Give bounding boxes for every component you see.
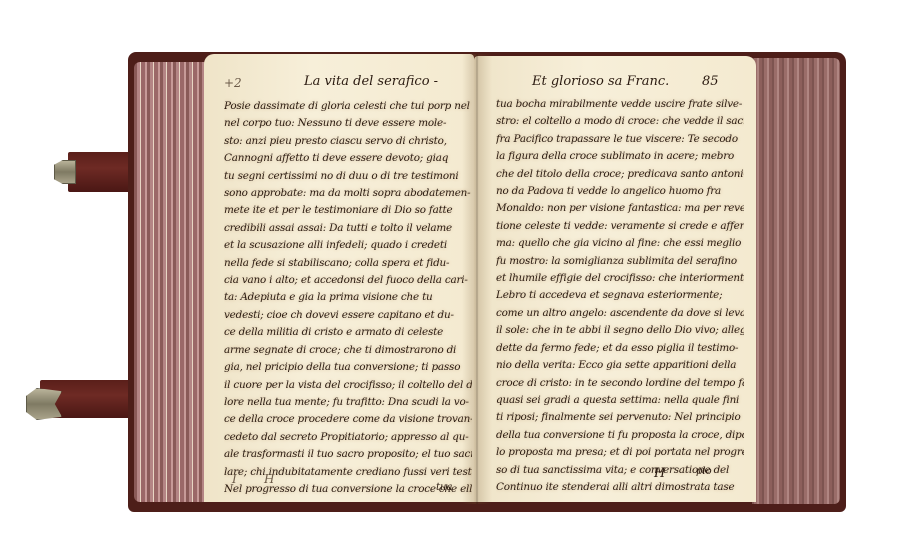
- text-line: et la scusazione alli infedeli; quado i …: [224, 237, 472, 254]
- left-bottom-mark: I: [232, 472, 237, 486]
- right-bottom-mark: H: [654, 466, 665, 481]
- text-line: quasi sei gradi a questa settima: nella …: [496, 392, 744, 409]
- text-line: ce della croce procedere come da visione…: [224, 411, 472, 428]
- text-line: sto: anzi pieu presto ciascu servo di ch…: [224, 133, 472, 150]
- text-line: lore nella tua mente; fu trafitto: Dna s…: [224, 394, 472, 411]
- left-bottom-mark: H: [264, 472, 274, 486]
- text-line: il sole: che in te abbi il segno dello D…: [496, 322, 744, 339]
- left-corner-mark: +2: [224, 76, 242, 90]
- text-line: ale trasformasti il tuo sacro proposito;…: [224, 446, 472, 463]
- text-line: cedeto dal secreto Propitiatorio; appres…: [224, 429, 472, 446]
- text-line: come un altro angelo: ascendente da dove…: [496, 305, 744, 322]
- text-line: nio della verita: Ecco gia sette apparit…: [496, 357, 744, 374]
- text-line: mete ite et per le testimoniare di Dio s…: [224, 202, 472, 219]
- catchword: tua: [436, 482, 452, 493]
- text-line: la figura della croce sublimato in acere…: [496, 148, 744, 165]
- text-line: credibili assai assai: Da tutti e tolto …: [224, 220, 472, 237]
- left-running-head: La vita del serafico -: [304, 74, 438, 89]
- right-running-head: Et glorioso sa Franc.: [532, 74, 669, 89]
- text-line: Continuo ite stenderai alli altri dimost…: [496, 479, 744, 496]
- right-catchword: plo: [696, 466, 712, 477]
- text-line: dette da fermo fede; et da esso piglia i…: [496, 340, 744, 357]
- text-line: Nel progresso di tua conversione la croc…: [224, 481, 472, 498]
- folio-number: 85: [702, 74, 719, 89]
- text-line: Cannogni affetto ti deve essere devoto; …: [224, 150, 472, 167]
- text-line: cia vano i alto; et accedonsi del fuoco …: [224, 272, 472, 289]
- text-line: no da Padova ti vedde lo angelico huomo …: [496, 183, 744, 200]
- text-line: sono approbate: ma da molti sopra abodat…: [224, 185, 472, 202]
- text-line: nel corpo tuo: Nessuno ti deve essere mo…: [224, 115, 472, 132]
- text-line: stro: el coltello a modo di croce: che v…: [496, 113, 744, 130]
- text-line: tione celeste ti vedde: veramente si cre…: [496, 218, 744, 235]
- text-line: arme segnate di croce; che ti dimostraro…: [224, 342, 472, 359]
- text-line: fu mostro: la somiglianza sublimita del …: [496, 253, 744, 270]
- text-line: tu segni certissimi no di duu o di tre t…: [224, 168, 472, 185]
- text-line: ce della militia di cristo e armato di c…: [224, 324, 472, 341]
- text-line: fra Pacifico trapassare le tue viscere: …: [496, 131, 744, 148]
- text-line: vedesti; cioe ch dovevi essere capitano …: [224, 307, 472, 324]
- text-line: croce di cristo: in te secondo lordine d…: [496, 375, 744, 392]
- text-line: Lebro ti accedeva et segnava esteriormen…: [496, 287, 744, 304]
- text-line: Monaldo: non per visione fantastica: ma …: [496, 200, 744, 217]
- text-line: ta: Adepiuta e gia la prima visione che …: [224, 289, 472, 306]
- text-line: nella fede si stabiliscano; colla spera …: [224, 255, 472, 272]
- left-page: +2 La vita del serafico - Posie dassimat…: [204, 54, 474, 502]
- text-line: ma: quello che gia vicino al fine: che e…: [496, 235, 744, 252]
- left-page-edges: [134, 62, 212, 502]
- book-gutter: [462, 54, 492, 504]
- text-line: che del titolo della croce; predicava sa…: [496, 166, 744, 183]
- text-line: il cuore per la vista del crocifisso; il…: [224, 377, 472, 394]
- text-line: lare; chi indubitatamente crediano fussi…: [224, 464, 472, 481]
- right-page: Et glorioso sa Franc. 85 tua bocha mirab…: [474, 56, 756, 502]
- text-line: gia, nel pricipio della tua conversione;…: [224, 359, 472, 376]
- left-page-text: Posie dassimate di gloria celesti che tu…: [224, 98, 472, 498]
- right-page-text: tua bocha mirabilmente vedde uscire frat…: [496, 96, 744, 496]
- text-line: et lhumile effigie del crocifisso: che i…: [496, 270, 744, 287]
- top-clasp-icon: [54, 160, 76, 184]
- text-line: tua bocha mirabilmente vedde uscire frat…: [496, 96, 744, 113]
- text-line: Posie dassimate di gloria celesti che tu…: [224, 98, 472, 115]
- right-page-edges: [752, 58, 840, 504]
- text-line: della tua conversione ti fu proposta la …: [496, 427, 744, 444]
- text-line: lo proposta ma presa; et di poi portata …: [496, 444, 744, 461]
- text-line: ti riposi; finalmente sei pervenuto: Nel…: [496, 409, 744, 426]
- open-manuscript-book: +2 La vita del serafico - Posie dassimat…: [0, 0, 900, 550]
